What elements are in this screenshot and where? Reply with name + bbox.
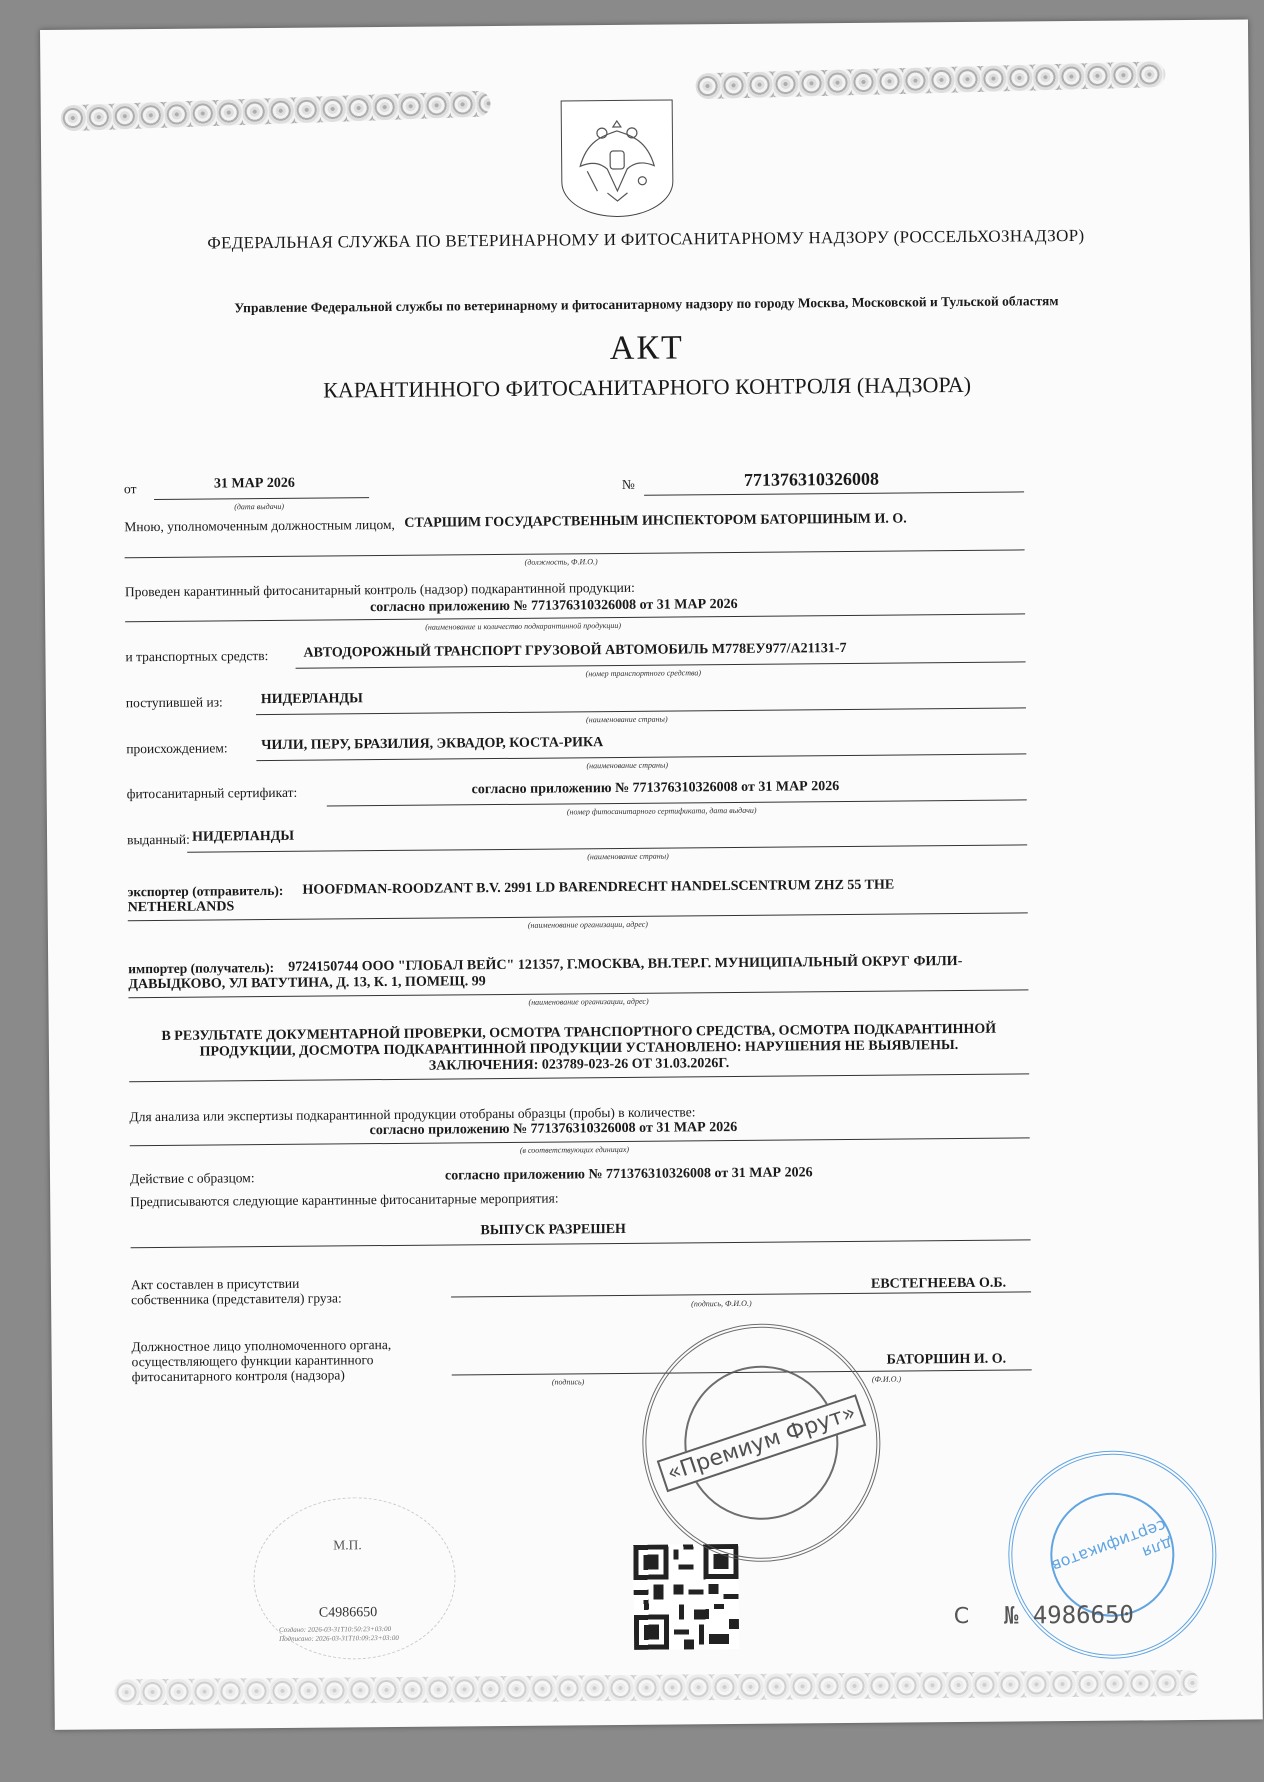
from-label: от <box>124 481 137 497</box>
issued-by-label: выданный: <box>127 832 190 849</box>
issued-by-value: НИДЕРЛАНДЫ <box>192 829 294 846</box>
created-timestamp: Создано: 2026-03-31T10:50:23+03:00 <box>279 1625 391 1634</box>
issue-date-caption: (дата выдачи) <box>234 502 284 511</box>
measures-label: Предписываются следующие карантинные фит… <box>130 1191 558 1211</box>
mp-label: М.П. <box>333 1537 362 1553</box>
department-name: Управление Федеральной службы по ветерин… <box>42 291 1250 317</box>
owner-name: ЕВСТЕГНЕЕВА О.Б. <box>871 1276 1006 1293</box>
issue-date: 31 МАР 2026 <box>214 476 295 493</box>
owner-label: Акт составлен в присутствии собственника… <box>131 1275 371 1307</box>
ornament-top-right <box>695 61 1166 99</box>
number-label: № <box>622 477 635 493</box>
ornament-top-left <box>60 90 491 131</box>
act-document: ФЕДЕРАЛЬНАЯ СЛУЖБА ПО ВЕТЕРИНАРНОМУ И ФИ… <box>40 19 1263 1729</box>
certificate-value: согласно приложению № 771376310326008 от… <box>472 779 840 798</box>
samples-caption: (в соответствующих единицах) <box>520 1145 629 1155</box>
certificate-stamp: для сертификатов <box>979 1421 1247 1689</box>
transport-label: и транспортных средств: <box>125 648 268 665</box>
form-serial-number: № 4986650 <box>1004 1601 1134 1630</box>
control-label: Проведен карантинный фитосанитарный конт… <box>125 580 635 600</box>
form-number: С4986650 <box>319 1605 377 1622</box>
control-value: согласно приложению № 771376310326008 от… <box>370 597 738 616</box>
control-caption: (наименование и количество подкарантинно… <box>425 621 621 632</box>
owner-caption: (подпись, Ф.И.О.) <box>691 1299 752 1309</box>
certificate-caption: (номер фитосанитарного сертификата, дата… <box>567 806 757 817</box>
inspector-caption: (должность, Ф.И.О.) <box>525 557 598 567</box>
official-label: Должностное лицо уполномоченного органа,… <box>131 1337 441 1385</box>
document-title: АКТ <box>43 324 1251 373</box>
inspection-result: В РЕЗУЛЬТАТЕ ДОКУМЕНТАРНОЙ ПРОВЕРКИ, ОСМ… <box>129 1021 1029 1077</box>
arrived-from-value: НИДЕРЛАНДЫ <box>261 691 363 708</box>
official-caption-name: (Ф.И.О.) <box>872 1375 901 1384</box>
origin-caption: (наименование страны) <box>586 761 668 771</box>
russian-coat-of-arms-icon <box>561 99 674 217</box>
form-series: С <box>954 1604 970 1629</box>
measures-value: ВЫПУСК РАЗРЕШЕН <box>480 1222 626 1239</box>
arrived-from-label: поступившей из: <box>126 694 223 711</box>
importer-value-line2: ДАВЫДКОВО, УЛ ВАТУТИНА, Д. 13, К. 1, ПОМ… <box>128 974 486 993</box>
ornament-bottom <box>114 1670 1199 1705</box>
company-stamp-name: «Премиум Фрут» <box>657 1394 866 1492</box>
inspector-prefix: Мною, уполномоченным должностным лицом, <box>124 517 395 535</box>
exporter-caption: (наименование организации, адрес) <box>528 920 648 930</box>
certificate-label: фитосанитарный сертификат: <box>127 785 298 802</box>
issued-by-caption: (наименование страны) <box>587 852 669 862</box>
signed-timestamp: Подписано: 2026-03-31T10:09:23+03:00 <box>279 1634 399 1643</box>
samples-value: согласно приложению № 771376310326008 от… <box>370 1120 738 1139</box>
agency-name: ФЕДЕРАЛЬНАЯ СЛУЖБА ПО ВЕТЕРИНАРНОМУ И ФИ… <box>42 224 1250 255</box>
transport-caption: (номер транспортного средства) <box>586 668 701 678</box>
sample-action-value: согласно приложению № 771376310326008 от… <box>445 1165 813 1184</box>
importer-value-line1: 9724150744 ООО "ГЛОБАЛ ВЕЙС" 121357, Г.М… <box>288 954 962 976</box>
arrived-from-caption: (наименование страны) <box>586 715 668 725</box>
exporter-label: экспортер (отправитель): <box>127 883 283 900</box>
document-subtitle: КАРАНТИННОГО ФИТОСАНИТАРНОГО КОНТРОЛЯ (Н… <box>43 369 1251 406</box>
exporter-value-line2: NETHERLANDS <box>128 899 235 916</box>
origin-label: происхождением: <box>126 740 227 757</box>
sample-action-label: Действие с образцом: <box>130 1170 255 1187</box>
inspector-value: СТАРШИМ ГОСУДАРСТВЕННЫМ ИНСПЕКТОРОМ БАТО… <box>404 511 907 531</box>
official-name: БАТОРШИН И. О. <box>887 1352 1007 1369</box>
importer-caption: (наименование организации, адрес) <box>528 997 648 1007</box>
importer-label: импортер (получатель): <box>128 960 274 977</box>
act-number: 771376310326008 <box>744 469 879 491</box>
origin-value: ЧИЛИ, ПЕРУ, БРАЗИЛИЯ, ЭКВАДОР, КОСТА-РИК… <box>261 735 603 754</box>
qr-code-icon <box>633 1544 739 1650</box>
transport-value: АВТОДОРОЖНЫЙ ТРАНСПОРТ ГРУЗОВОЙ АВТОМОБИ… <box>303 641 846 662</box>
exporter-value-line1: HOOFDMAN-ROODZANT B.V. 2991 LD BARENDREC… <box>302 878 894 899</box>
official-caption-sign: (подпись) <box>552 1377 585 1386</box>
